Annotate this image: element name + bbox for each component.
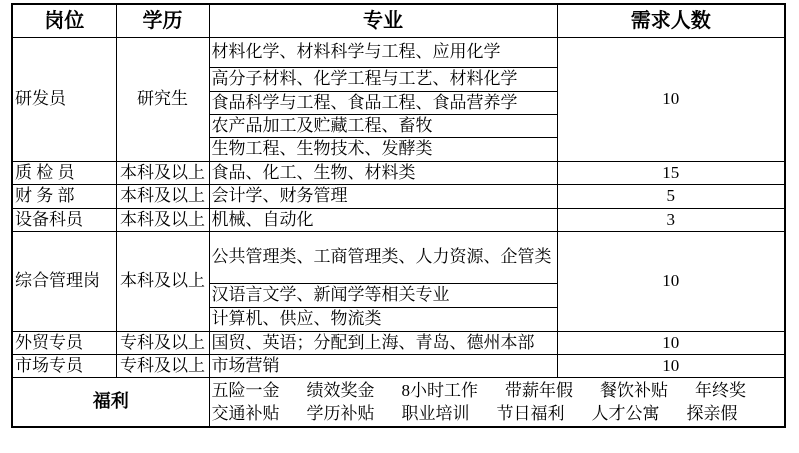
headcount-cell: 10 (557, 355, 785, 378)
welfare-item: 探亲假 (687, 402, 738, 425)
recruitment-page: 岗位 学历 专业 需求人数 研发员 研究生 材料化学、材料科学与工程、应用化学 … (0, 0, 799, 453)
recruitment-table: 岗位 学历 专业 需求人数 研发员 研究生 材料化学、材料科学与工程、应用化学 … (11, 3, 786, 428)
major-cell: 会计学、财务管理 (209, 185, 557, 208)
headcount-cell: 10 (557, 232, 785, 331)
table-row: 质 检 员 本科及以上 食品、化工、生物、材料类 15 (12, 161, 785, 184)
major-cell: 机械、自动化 (209, 208, 557, 231)
welfare-item: 交通补贴 (212, 402, 280, 425)
education-cell: 本科及以上 (116, 185, 209, 208)
headcount-cell: 5 (557, 185, 785, 208)
table-header-row: 岗位 学历 专业 需求人数 (12, 4, 785, 37)
column-header-education: 学历 (116, 4, 209, 37)
major-cell: 生物工程、生物技术、发酵类 (209, 138, 557, 161)
major-cell: 公共管理类、工商管理类、人力资源、企管类 (209, 232, 557, 284)
position-cell: 市场专员 (12, 355, 116, 378)
column-header-major: 专业 (209, 4, 557, 37)
welfare-item: 学历补贴 (307, 402, 375, 425)
major-cell: 市场营销 (209, 355, 557, 378)
position-cell: 设备科员 (12, 208, 116, 231)
welfare-line-2: 交通补贴 学历补贴 职业培训 节日福利 人才公寓 探亲假 (212, 402, 783, 425)
welfare-item: 年终奖 (695, 379, 746, 402)
welfare-item: 五险一金 (212, 379, 280, 402)
welfare-item: 绩效奖金 (307, 379, 375, 402)
headcount-cell: 3 (557, 208, 785, 231)
education-cell: 本科及以上 (116, 232, 209, 331)
welfare-row: 福利 五险一金 绩效奖金 8小时工作 带薪年假 餐饮补贴 年终奖 交通补贴 学历… (12, 378, 785, 427)
table-row: 综合管理岗 本科及以上 公共管理类、工商管理类、人力资源、企管类 10 (12, 232, 785, 284)
education-cell: 专科及以上 (116, 331, 209, 354)
table-row: 市场专员 专科及以上 市场营销 10 (12, 355, 785, 378)
welfare-item: 节日福利 (497, 402, 565, 425)
welfare-cell: 五险一金 绩效奖金 8小时工作 带薪年假 餐饮补贴 年终奖 交通补贴 学历补贴 … (209, 378, 785, 427)
education-cell: 专科及以上 (116, 355, 209, 378)
table-row: 外贸专员 专科及以上 国贸、英语；分配到上海、青岛、德州本部 10 (12, 331, 785, 354)
welfare-item: 餐饮补贴 (600, 379, 668, 402)
welfare-item: 职业培训 (402, 402, 470, 425)
education-cell: 本科及以上 (116, 161, 209, 184)
position-cell: 综合管理岗 (12, 232, 116, 331)
major-cell: 国贸、英语；分配到上海、青岛、德州本部 (209, 331, 557, 354)
major-cell: 食品科学与工程、食品工程、食品营养学 (209, 91, 557, 114)
education-cell: 本科及以上 (116, 208, 209, 231)
position-cell: 质 检 员 (12, 161, 116, 184)
table-row: 设备科员 本科及以上 机械、自动化 3 (12, 208, 785, 231)
welfare-item: 带薪年假 (505, 379, 573, 402)
welfare-line-1: 五险一金 绩效奖金 8小时工作 带薪年假 餐饮补贴 年终奖 (212, 379, 783, 402)
major-cell: 计算机、供应、物流类 (209, 308, 557, 331)
column-header-position: 岗位 (12, 4, 116, 37)
major-cell: 汉语言文学、新闻学等相关专业 (209, 284, 557, 308)
major-cell: 材料化学、材料科学与工程、应用化学 (209, 37, 557, 67)
table-row: 研发员 研究生 材料化学、材料科学与工程、应用化学 10 (12, 37, 785, 67)
education-cell: 研究生 (116, 37, 209, 161)
major-cell: 农产品加工及贮藏工程、畜牧 (209, 114, 557, 137)
position-cell: 研发员 (12, 37, 116, 161)
welfare-label: 福利 (12, 378, 209, 427)
column-header-headcount: 需求人数 (557, 4, 785, 37)
headcount-cell: 10 (557, 331, 785, 354)
position-cell: 财 务 部 (12, 185, 116, 208)
table-row: 财 务 部 本科及以上 会计学、财务管理 5 (12, 185, 785, 208)
welfare-item: 8小时工作 (402, 379, 479, 402)
position-cell: 外贸专员 (12, 331, 116, 354)
headcount-cell: 10 (557, 37, 785, 161)
welfare-item: 人才公寓 (592, 402, 660, 425)
major-cell: 食品、化工、生物、材料类 (209, 161, 557, 184)
headcount-cell: 15 (557, 161, 785, 184)
major-cell: 高分子材料、化学工程与工艺、材料化学 (209, 67, 557, 91)
